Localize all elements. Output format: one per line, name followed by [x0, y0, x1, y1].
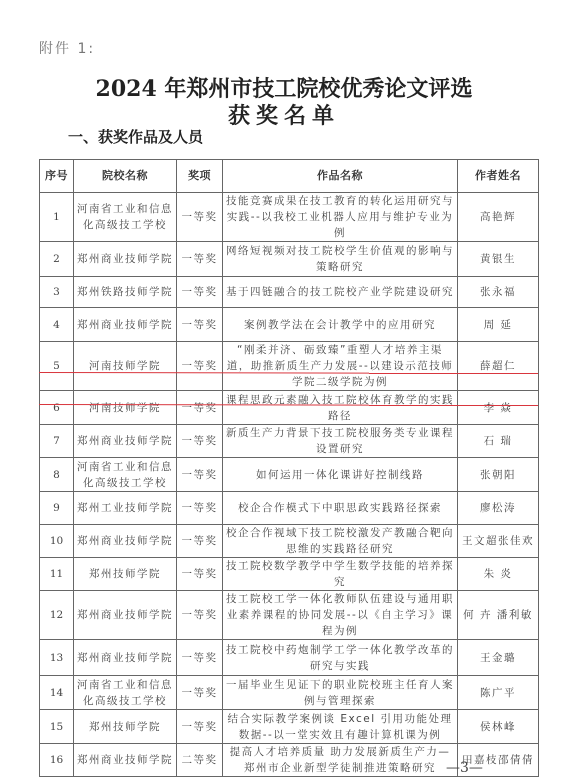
table-row: 2 郑州商业技师学院 一等奖 网络短视频对技工院校学生价值观的影响与策略研究 黄…	[40, 242, 539, 277]
row-number: 12	[40, 591, 74, 640]
author-name: 黄银生	[458, 242, 539, 277]
author-name: 王金璐	[458, 640, 539, 676]
work-title: 网络短视频对技工院校学生价值观的影响与策略研究	[223, 242, 458, 277]
table-row: 12 郑州商业技师学院 一等奖 技工院校工学一体化教师队伍建设与通用职业素养课程…	[40, 591, 539, 640]
award-level: 一等奖	[177, 308, 223, 342]
school-name: 郑州商业技师学院	[74, 308, 177, 342]
school-name: 河南省工业和信息化高级技工学校	[74, 676, 177, 710]
highlight-line-bottom-right	[369, 405, 538, 406]
highlight-line-top-right	[369, 373, 538, 374]
table-row: 5 河南技师学院 一等奖 “刚柔并济、砺致臻”重塑人才培养主渠道，助推新质生产力…	[40, 342, 539, 391]
author-name: 李 焱	[458, 391, 539, 425]
table-row: 15 郑州技师学院 一等奖 结合实际教学案例谈 Excel 引用功能处理数据--…	[40, 710, 539, 744]
table-row: 3 郑州铁路技师学院 一等奖 基于四链融合的技工院校产业学院建设研究 张永福	[40, 277, 539, 308]
table-row: 1 河南省工业和信息化高级技工学校 一等奖 技能竞赛成果在技工教育的转化运用研究…	[40, 193, 539, 242]
award-level: 一等奖	[177, 391, 223, 425]
school-name: 郑州商业技师学院	[74, 425, 177, 458]
work-title: 课程思政元素融入技工院校体育教学的实践路径	[223, 391, 458, 425]
table-row: 9 郑州工业技师学院 一等奖 校企合作模式下中职思政实践路径探索 廖松涛	[40, 492, 539, 525]
row-number: 16	[40, 744, 74, 777]
award-level: 一等奖	[177, 525, 223, 558]
work-title: 技工院校工学一体化教师队伍建设与通用职业素养课程的协同发展--以《自主学习》课程…	[223, 591, 458, 640]
author-name: 何 卉 潘利敏	[458, 591, 539, 640]
table-row: 13 郑州商业技师学院 一等奖 技工院校中药炮制学工学一体化教学改革的研究与实践…	[40, 640, 539, 676]
row-number: 11	[40, 558, 74, 591]
table-row-highlighted: 6 河南技师学院 一等奖 课程思政元素融入技工院校体育教学的实践路径 李 焱	[40, 391, 539, 425]
school-name: 河南技师学院	[74, 342, 177, 391]
work-title: “刚柔并济、砺致臻”重塑人才培养主渠道，助推新质生产力发展--以建设示范技师学院…	[223, 342, 458, 391]
row-number: 5	[40, 342, 74, 391]
award-level: 一等奖	[177, 342, 223, 391]
row-number: 1	[40, 193, 74, 242]
row-number: 7	[40, 425, 74, 458]
school-name: 郑州商业技师学院	[74, 242, 177, 277]
author-name: 高艳辉	[458, 193, 539, 242]
author-name: 朱 炎	[458, 558, 539, 591]
author-name: 石 瑞	[458, 425, 539, 458]
school-name: 郑州技师学院	[74, 558, 177, 591]
award-level: 一等奖	[177, 193, 223, 242]
column-header-author: 作者姓名	[458, 160, 539, 193]
school-name: 郑州商业技师学院	[74, 591, 177, 640]
school-name: 河南技师学院	[74, 391, 177, 425]
award-level: 一等奖	[177, 458, 223, 492]
school-name: 郑州工业技师学院	[74, 492, 177, 525]
school-name: 郑州商业技师学院	[74, 744, 177, 777]
school-name: 郑州铁路技师学院	[74, 277, 177, 308]
work-title: 校企合作模式下中职思政实践路径探索	[223, 492, 458, 525]
school-name: 河南省工业和信息化高级技工学校	[74, 458, 177, 492]
award-level: 一等奖	[177, 710, 223, 744]
work-title: 结合实际教学案例谈 Excel 引用功能处理数据--以一堂实效且有趣计算机课为例	[223, 710, 458, 744]
row-number: 3	[40, 277, 74, 308]
attachment-label: 附件 1:	[39, 38, 95, 58]
row-number: 6	[40, 391, 74, 425]
author-name: 张朝阳	[458, 458, 539, 492]
table-row: 4 郑州商业技师学院 一等奖 案例教学法在会计教学中的应用研究 周 延	[40, 308, 539, 342]
table-row: 7 郑州商业技师学院 一等奖 新质生产力背景下技工院校服务类专业课程设置研究 石…	[40, 425, 539, 458]
author-name: 周 延	[458, 308, 539, 342]
table-row: 14 河南省工业和信息化高级技工学校 一等奖 一届毕业生见证下的职业院校班主任育…	[40, 676, 539, 710]
row-number: 14	[40, 676, 74, 710]
award-level: 一等奖	[177, 676, 223, 710]
work-title: 技工院校中药炮制学工学一体化教学改革的研究与实践	[223, 640, 458, 676]
section-heading: 一、获奖作品及人员	[68, 126, 203, 147]
award-level: 一等奖	[177, 640, 223, 676]
work-title: 新质生产力背景下技工院校服务类专业课程设置研究	[223, 425, 458, 458]
table-header-row: 序号 院校名称 奖项 作品名称 作者姓名	[40, 160, 539, 193]
award-level: 二等奖	[177, 744, 223, 777]
award-level: 一等奖	[177, 558, 223, 591]
school-name: 河南省工业和信息化高级技工学校	[74, 193, 177, 242]
award-level: 一等奖	[177, 277, 223, 308]
row-number: 2	[40, 242, 74, 277]
school-name: 郑州技师学院	[74, 710, 177, 744]
work-title: 案例教学法在会计教学中的应用研究	[223, 308, 458, 342]
author-name: 侯林峰	[458, 710, 539, 744]
row-number: 13	[40, 640, 74, 676]
work-title: 校企合作视域下技工院校激发产教融合靶向思维的实践路径研究	[223, 525, 458, 558]
row-number: 10	[40, 525, 74, 558]
award-level: 一等奖	[177, 425, 223, 458]
author-name: 陈广平	[458, 676, 539, 710]
work-title: 如何运用一体化课讲好控制线路	[223, 458, 458, 492]
work-title: 基于四链融合的技工院校产业学院建设研究	[223, 277, 458, 308]
school-name: 郑州商业技师学院	[74, 525, 177, 558]
row-number: 4	[40, 308, 74, 342]
table-row: 11 郑州技师学院 一等奖 技工院校数学教学中学生数学技能的培养探究 朱 炎	[40, 558, 539, 591]
work-title: 提高人才培养质量 助力发展新质生产力—郑州市企业新型学徒制推进策略研究	[223, 744, 458, 777]
column-header-school: 院校名称	[74, 160, 177, 193]
award-level: 一等奖	[177, 492, 223, 525]
work-title: 技工院校数学教学中学生数学技能的培养探究	[223, 558, 458, 591]
author-name: 王文超张佳欢	[458, 525, 539, 558]
award-level: 一等奖	[177, 591, 223, 640]
school-name: 郑州商业技师学院	[74, 640, 177, 676]
author-name: 薛超仁	[458, 342, 539, 391]
awards-table: 序号 院校名称 奖项 作品名称 作者姓名 1 河南省工业和信息化高级技工学校 一…	[39, 159, 539, 777]
row-number: 8	[40, 458, 74, 492]
table-row: 8 河南省工业和信息化高级技工学校 一等奖 如何运用一体化课讲好控制线路 张朝阳	[40, 458, 539, 492]
author-name: 张永福	[458, 277, 539, 308]
award-level: 一等奖	[177, 242, 223, 277]
column-header-no: 序号	[40, 160, 74, 193]
author-name: 廖松涛	[458, 492, 539, 525]
column-header-award: 奖项	[177, 160, 223, 193]
work-title: 一届毕业生见证下的职业院校班主任育人案例与管理探索	[223, 676, 458, 710]
table-row: 10 郑州商业技师学院 一等奖 校企合作视域下技工院校激发产教融合靶向思维的实践…	[40, 525, 539, 558]
work-title: 技能竞赛成果在技工教育的转化运用研究与实践--以我校工业机器人应用与维护专业为例	[223, 193, 458, 242]
column-header-title: 作品名称	[223, 160, 458, 193]
page-number: —3—	[446, 760, 483, 776]
row-number: 9	[40, 492, 74, 525]
row-number: 15	[40, 710, 74, 744]
